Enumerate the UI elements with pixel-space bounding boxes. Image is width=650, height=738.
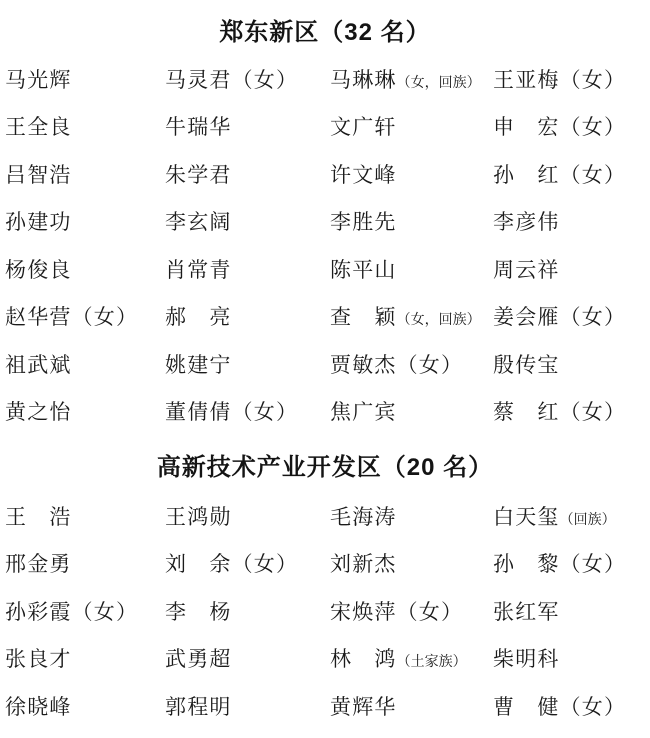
person-name: 孙建功 — [5, 210, 72, 234]
person-name-cell: 马灵君（女） — [165, 64, 330, 94]
person-name: 柴明科 — [493, 647, 560, 671]
person-name: 贾敏杰（女） — [330, 353, 463, 377]
person-name: 郭程明 — [165, 695, 232, 719]
person-name-cell: 吕智浩 — [5, 159, 165, 189]
person-name: 殷传宝 — [493, 353, 560, 377]
person-name: 曹 健（女） — [493, 695, 626, 719]
person-name: 黄之怡 — [5, 400, 72, 424]
person-name: 姜会雁（女） — [493, 305, 626, 329]
person-name: 王全良 — [5, 115, 72, 139]
person-name-cell: 许文峰 — [330, 159, 493, 189]
name-row: 赵华营（女）郝 亮查 颖（女，回族）姜会雁（女） — [0, 293, 650, 341]
person-name: 林 鸿 — [330, 647, 397, 671]
name-row: 马光辉马灵君（女）马琳琳（女，回族）王亚梅（女） — [0, 55, 650, 103]
person-name: 姚建宁 — [165, 353, 232, 377]
person-name: 张红军 — [493, 600, 560, 624]
person-name-cell: 贾敏杰（女） — [330, 349, 493, 379]
name-row: 祖武斌姚建宁贾敏杰（女）殷传宝 — [0, 340, 650, 388]
person-name-cell: 牛瑞华 — [165, 111, 330, 141]
person-name-cell: 焦广宾 — [330, 396, 493, 426]
gender-ethnicity-note: （土家族） — [397, 655, 467, 670]
gender-ethnicity-note: （女，回族） — [397, 76, 481, 91]
name-row: 张良才武勇超林 鸿（土家族）柴明科 — [0, 635, 650, 683]
gender-ethnicity-note: （回族） — [560, 513, 616, 528]
person-name: 董倩倩（女） — [165, 400, 298, 424]
person-name-cell: 刘新杰 — [330, 548, 493, 578]
person-name: 孙 红（女） — [493, 163, 626, 187]
person-name-cell: 王 浩 — [5, 501, 165, 531]
person-name: 朱学君 — [165, 163, 232, 187]
person-name: 马光辉 — [5, 68, 72, 92]
person-name-cell: 李 杨 — [165, 596, 330, 626]
person-name: 许文峰 — [330, 163, 397, 187]
person-name: 刘新杰 — [330, 552, 397, 576]
person-name-cell: 黄之怡 — [5, 396, 165, 426]
person-name: 赵华营（女） — [5, 305, 138, 329]
person-name: 王鸿勋 — [165, 505, 232, 529]
name-row: 徐晓峰郭程明黄辉华曹 健（女） — [0, 682, 650, 730]
person-name-cell: 姜会雁（女） — [493, 301, 650, 331]
person-name-cell: 马光辉 — [5, 64, 165, 94]
person-name: 杨俊良 — [5, 258, 72, 282]
gender-ethnicity-note: （女，回族） — [397, 313, 481, 328]
person-name: 肖常青 — [165, 258, 232, 282]
person-name: 刘 余（女） — [165, 552, 298, 576]
person-name-cell: 董倩倩（女） — [165, 396, 330, 426]
person-name-cell: 马琳琳（女，回族） — [330, 64, 493, 94]
person-name-cell: 王鸿勋 — [165, 501, 330, 531]
name-rows: 王 浩王鸿勋毛海涛白天玺（回族）邢金勇刘 余（女）刘新杰孙 黎（女）孙彩霞（女）… — [0, 492, 650, 730]
person-name-cell: 王全良 — [5, 111, 165, 141]
name-row: 孙建功李玄阔李胜先李彦伟 — [0, 198, 650, 246]
person-name-cell: 邢金勇 — [5, 548, 165, 578]
person-name-cell: 刘 余（女） — [165, 548, 330, 578]
person-name-cell: 李彦伟 — [493, 206, 650, 236]
person-name-cell: 郝 亮 — [165, 301, 330, 331]
name-row: 杨俊良肖常青陈平山周云祥 — [0, 245, 650, 293]
person-name: 张良才 — [5, 647, 72, 671]
person-name: 王亚梅（女） — [493, 68, 626, 92]
person-name-cell: 白天玺（回族） — [493, 501, 650, 531]
section-zhengdong-new-district: 郑东新区（32 名） 马光辉马灵君（女）马琳琳（女，回族）王亚梅（女）王全良牛瑞… — [0, 17, 650, 435]
person-name-cell: 徐晓峰 — [5, 691, 165, 721]
person-name: 吕智浩 — [5, 163, 72, 187]
person-name-cell: 毛海涛 — [330, 501, 493, 531]
person-name-cell: 孙彩霞（女） — [5, 596, 165, 626]
person-name-cell: 林 鸿（土家族） — [330, 643, 493, 673]
person-name-cell: 张红军 — [493, 596, 650, 626]
person-name: 焦广宾 — [330, 400, 397, 424]
person-name: 武勇超 — [165, 647, 232, 671]
person-name-cell: 查 颖（女，回族） — [330, 301, 493, 331]
person-name-cell: 李胜先 — [330, 206, 493, 236]
person-name: 邢金勇 — [5, 552, 72, 576]
person-name: 蔡 红（女） — [493, 400, 626, 424]
person-name-cell: 肖常青 — [165, 254, 330, 284]
person-name: 白天玺 — [493, 505, 560, 529]
person-name-cell: 杨俊良 — [5, 254, 165, 284]
person-name-cell: 殷传宝 — [493, 349, 650, 379]
person-name-cell: 周云祥 — [493, 254, 650, 284]
person-name: 王 浩 — [5, 505, 72, 529]
person-name: 文广轩 — [330, 115, 397, 139]
person-name: 宋焕萍（女） — [330, 600, 463, 624]
section-hi-tech-zone: 高新技术产业开发区（20 名） 王 浩王鸿勋毛海涛白天玺（回族）邢金勇刘 余（女… — [0, 452, 650, 730]
person-name: 陈平山 — [330, 258, 397, 282]
person-name-cell: 柴明科 — [493, 643, 650, 673]
person-name: 郝 亮 — [165, 305, 232, 329]
person-name: 查 颖 — [330, 305, 397, 329]
person-name: 祖武斌 — [5, 353, 72, 377]
person-name: 毛海涛 — [330, 505, 397, 529]
person-name-cell: 姚建宁 — [165, 349, 330, 379]
person-name-cell: 朱学君 — [165, 159, 330, 189]
person-name-cell: 文广轩 — [330, 111, 493, 141]
section-heading: 郑东新区（32 名） — [0, 17, 650, 48]
person-name: 孙彩霞（女） — [5, 600, 138, 624]
person-name-cell: 祖武斌 — [5, 349, 165, 379]
person-name-cell: 张良才 — [5, 643, 165, 673]
person-name: 牛瑞华 — [165, 115, 232, 139]
person-name: 马琳琳 — [330, 68, 397, 92]
person-name-cell: 赵华营（女） — [5, 301, 165, 331]
person-name-cell: 宋焕萍（女） — [330, 596, 493, 626]
person-name-cell: 王亚梅（女） — [493, 64, 650, 94]
name-row: 王全良牛瑞华文广轩申 宏（女） — [0, 103, 650, 151]
person-name-cell: 孙建功 — [5, 206, 165, 236]
person-name: 徐晓峰 — [5, 695, 72, 719]
person-name: 申 宏（女） — [493, 115, 626, 139]
person-name: 马灵君（女） — [165, 68, 298, 92]
section-heading: 高新技术产业开发区（20 名） — [0, 452, 650, 483]
person-name-cell: 孙 黎（女） — [493, 548, 650, 578]
person-name-cell: 黄辉华 — [330, 691, 493, 721]
person-name: 李彦伟 — [493, 210, 560, 234]
person-name-cell: 陈平山 — [330, 254, 493, 284]
name-list-document: 郑东新区（32 名） 马光辉马灵君（女）马琳琳（女，回族）王亚梅（女）王全良牛瑞… — [0, 0, 650, 738]
person-name: 周云祥 — [493, 258, 560, 282]
person-name-cell: 郭程明 — [165, 691, 330, 721]
name-row: 邢金勇刘 余（女）刘新杰孙 黎（女） — [0, 540, 650, 588]
person-name-cell: 武勇超 — [165, 643, 330, 673]
person-name: 孙 黎（女） — [493, 552, 626, 576]
name-rows: 马光辉马灵君（女）马琳琳（女，回族）王亚梅（女）王全良牛瑞华文广轩申 宏（女）吕… — [0, 55, 650, 435]
person-name-cell: 申 宏（女） — [493, 111, 650, 141]
person-name-cell: 李玄阔 — [165, 206, 330, 236]
name-row: 吕智浩朱学君许文峰孙 红（女） — [0, 150, 650, 198]
person-name: 李 杨 — [165, 600, 232, 624]
person-name: 李胜先 — [330, 210, 397, 234]
person-name-cell: 孙 红（女） — [493, 159, 650, 189]
name-row: 孙彩霞（女）李 杨宋焕萍（女）张红军 — [0, 587, 650, 635]
person-name: 黄辉华 — [330, 695, 397, 719]
person-name-cell: 蔡 红（女） — [493, 396, 650, 426]
name-row: 王 浩王鸿勋毛海涛白天玺（回族） — [0, 492, 650, 540]
person-name-cell: 曹 健（女） — [493, 691, 650, 721]
name-row: 黄之怡董倩倩（女）焦广宾蔡 红（女） — [0, 388, 650, 436]
person-name: 李玄阔 — [165, 210, 232, 234]
